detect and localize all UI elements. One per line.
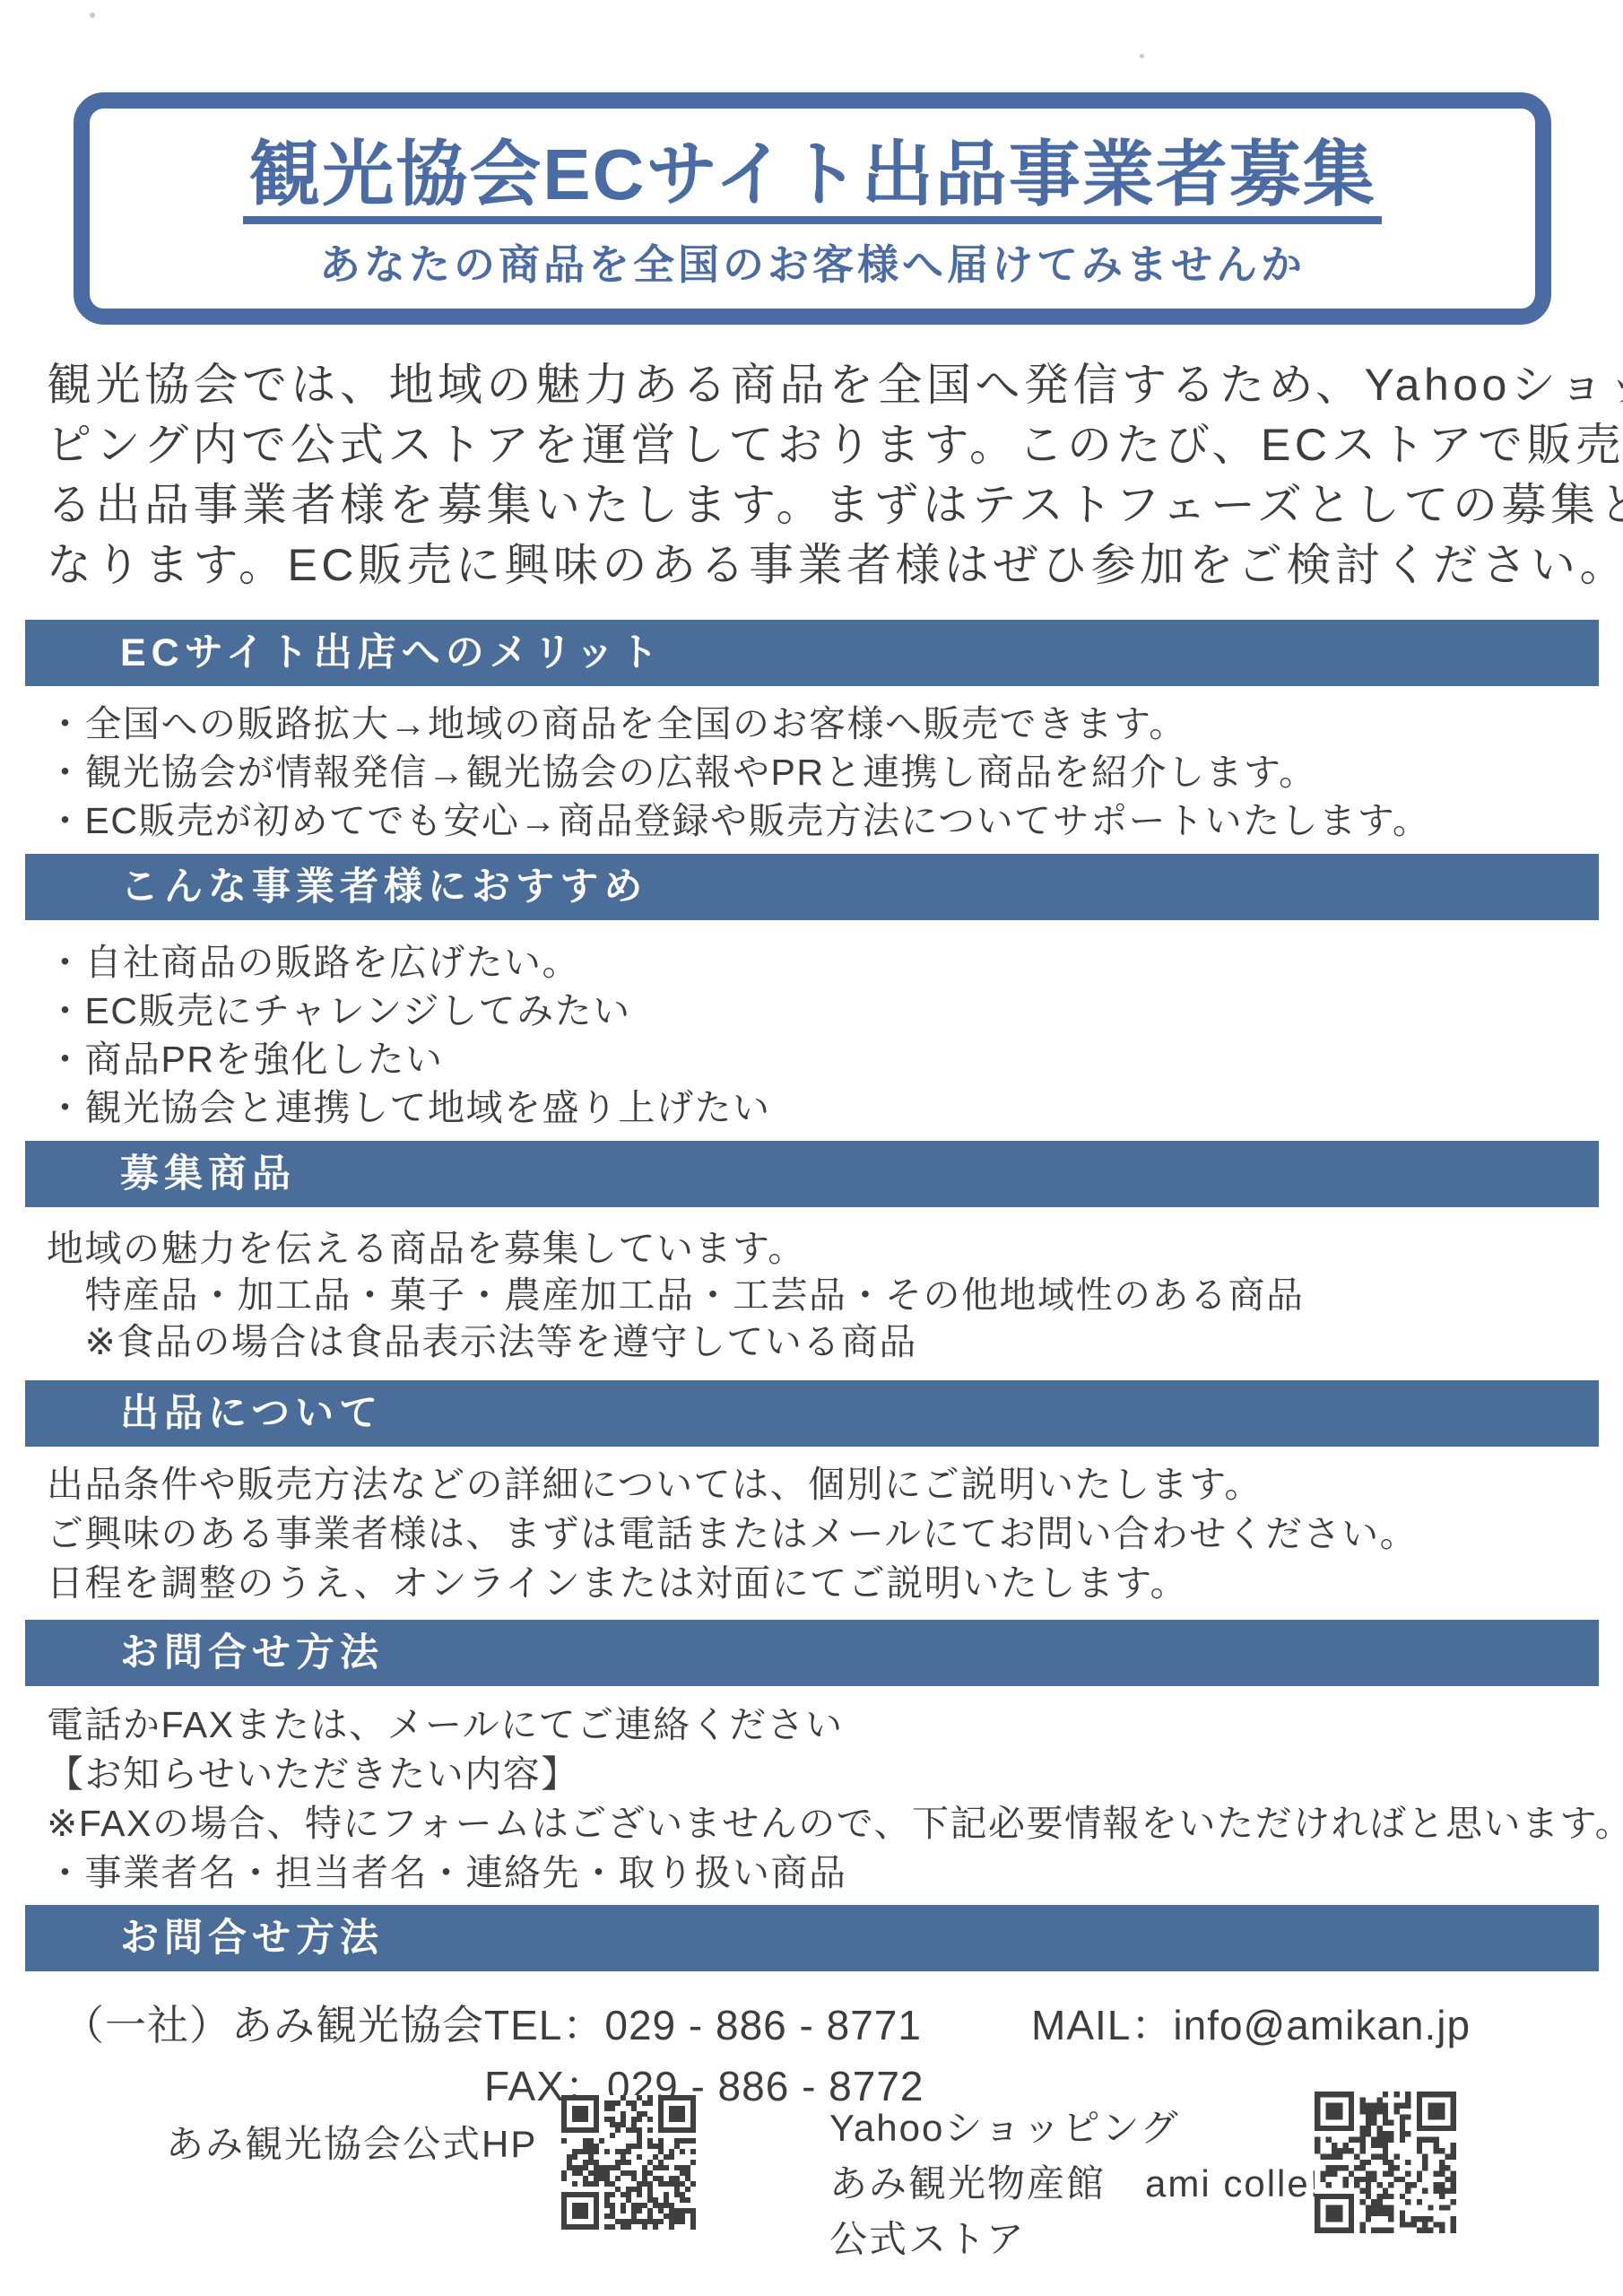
text-line: 出品条件や販売方法などの詳細については、個別にご説明いたします。: [47, 1460, 1607, 1509]
section-header-listing: 出品について: [25, 1380, 1599, 1447]
store-line: Yahooショッピング: [829, 2100, 1322, 2156]
page-subtitle: あなたの商品を全国のお客様へ届けてみませんか: [90, 244, 1535, 285]
section-header-merits: ECサイト出店へのメリット: [25, 620, 1599, 686]
yahoo-store-label: Yahooショッピング あみ観光物産館 ami colle! 公式ストア: [829, 2100, 1322, 2267]
store-line: あみ観光物産館 ami colle!: [829, 2156, 1322, 2212]
intro-line: ピング内で公式ストアを運営しております。このたび、ECストアで販売す: [47, 415, 1589, 475]
text-line: ご興味のある事業者様は、まずは電話またはメールにてお問い合わせください。: [47, 1509, 1607, 1559]
products-text: 地域の魅力を伝える商品を募集しています。 特産品・加工品・菓子・農産加工品・工芸…: [47, 1225, 1607, 1365]
listing-text: 出品条件や販売方法などの詳細については、個別にご説明いたします。 ご興味のある事…: [47, 1460, 1607, 1608]
section-header-products: 募集商品: [25, 1141, 1599, 1207]
list-item: ・観光協会が情報発信→観光協会の広報やPRと連携し商品を紹介します。: [47, 748, 1607, 796]
recommend-list: ・自社商品の販路を広げたい。 ・EC販売にチャレンジしてみたい ・商品PRを強化…: [47, 938, 1607, 1132]
section-header-contact-info: お問合せ方法: [25, 1905, 1599, 1971]
intro-line: る出品事業者様を募集いたします。まずはテストフェーズとしての募集と: [47, 475, 1589, 535]
text-line: 【お知らせいただきたい内容】: [47, 1750, 1607, 1799]
tel-number: TEL：029 - 886 - 8771: [484, 1993, 922, 2052]
mail-address: MAIL：info@amikan.jp: [1031, 1993, 1471, 2052]
list-item: ・EC販売にチャレンジしてみたい: [47, 987, 1607, 1035]
flyer-page: 観光協会ECサイト出品事業者募集 あなたの商品を全国のお客様へ届けてみませんか …: [0, 0, 1623, 2296]
merits-list: ・全国への販路拡大→地域の商品を全国のお客様へ販売できます。 ・観光協会が情報発…: [47, 700, 1607, 845]
section-header-recommend: こんな事業者様におすすめ: [25, 854, 1599, 920]
text-line: ・事業者名・担当者名・連絡先・取り扱い商品: [47, 1848, 1607, 1898]
section-header-contact-method: お問合せ方法: [25, 1620, 1599, 1686]
intro-paragraph: 観光協会では、地域の魅力ある商品を全国へ発信するため、Yahooショッ ピング内…: [47, 355, 1589, 596]
page-title: 観光協会ECサイト出品事業者募集: [243, 139, 1382, 224]
list-item: ・自社商品の販路を広げたい。: [47, 938, 1607, 987]
text-line: 日程を調整のうえ、オンラインまたは対面にてご説明いたします。: [47, 1559, 1607, 1608]
store-line: 公式ストア: [829, 2212, 1322, 2267]
list-item: ・商品PRを強化したい: [47, 1035, 1607, 1083]
list-item: ・全国への販路拡大→地域の商品を全国のお客様へ販売できます。: [47, 700, 1607, 748]
text-line: ※FAXの場合、特にフォームはございませんので、下記必要情報をいただければと思い…: [47, 1799, 1607, 1848]
qr-code-official-hp: [561, 2095, 696, 2230]
list-item: ・観光協会と連携して地域を盛り上げたい: [47, 1083, 1607, 1132]
org-name: （一社）あみ観光協会: [63, 1993, 484, 2052]
text-line: 特産品・加工品・菓子・農産加工品・工芸品・その他地域性のある商品: [47, 1272, 1607, 1318]
text-line: 電話かFAXまたは、メールにてご連絡ください: [47, 1700, 1607, 1750]
intro-line: なります。EC販売に興味のある事業者様はぜひ参加をご検討ください。: [47, 535, 1589, 596]
intro-line: 観光協会では、地域の魅力ある商品を全国へ発信するため、Yahooショッ: [47, 355, 1589, 415]
qr-code-yahoo-store: [1315, 2092, 1456, 2233]
text-line: 地域の魅力を伝える商品を募集しています。: [47, 1225, 1607, 1272]
official-hp-label: あみ観光協会公式HP: [166, 2115, 537, 2169]
text-line: ※食品の場合は食品表示法等を遵守している商品: [47, 1318, 1607, 1365]
scan-speck: [1140, 54, 1144, 58]
header-box: 観光協会ECサイト出品事業者募集 あなたの商品を全国のお客様へ届けてみませんか: [74, 92, 1551, 325]
list-item: ・EC販売が初めてでも安心→商品登録や販売方法についてサポートいたします。: [47, 796, 1607, 845]
scan-speck: [90, 13, 95, 18]
contact-method-text: 電話かFAXまたは、メールにてご連絡ください 【お知らせいただきたい内容】 ※F…: [47, 1700, 1607, 1898]
